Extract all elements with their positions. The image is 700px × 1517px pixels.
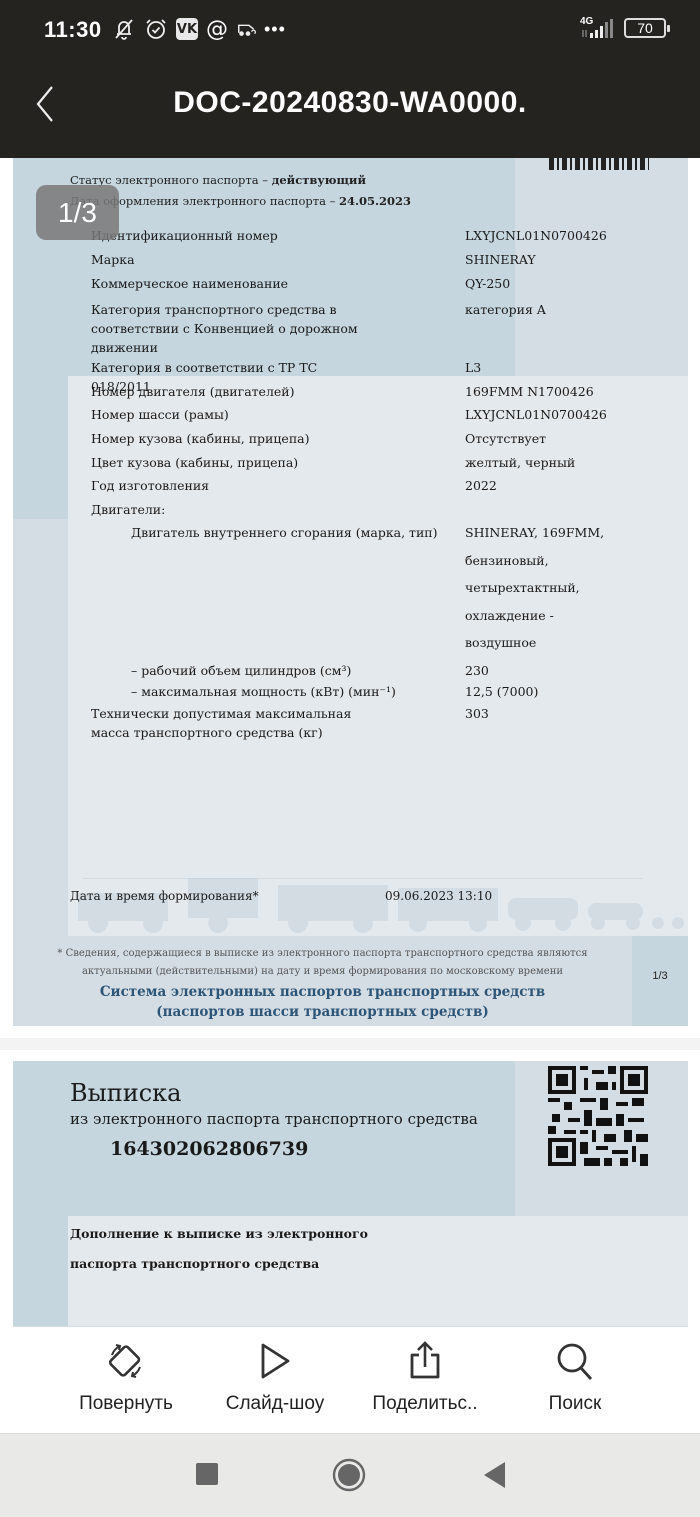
search-button[interactable]: Поиск (505, 1341, 645, 1415)
passport-issue-date-value: 24.05.2023 (339, 194, 411, 208)
notification-icons: VK @ ••• (112, 16, 286, 42)
qr-code (548, 1066, 648, 1166)
system-status: 4G 70 (580, 17, 666, 39)
share-icon (405, 1341, 445, 1381)
app-header: 11:30 VK @ ••• 4G 70 DOC-20240830-WA0000… (0, 0, 700, 158)
bell-off-icon (112, 16, 136, 42)
signal-icon: 4G (580, 17, 616, 39)
system-title-line-2: (паспортов шасси транспортных средств) (13, 1002, 632, 1022)
slideshow-label: Слайд-шоу (205, 1393, 345, 1415)
addon-line-2: паспорта транспортного средства (70, 1256, 319, 1271)
back-triangle-icon (484, 1462, 506, 1488)
play-icon (255, 1341, 295, 1381)
battery-indicator: 70 (624, 18, 666, 38)
disclaimer-line-2: актуальными (действительными) на дату и … (13, 963, 632, 981)
rotate-icon (106, 1341, 146, 1381)
engine-value: SHINERAY, 169FMM, бензиновый, четырехтак… (465, 519, 665, 657)
page-separator (0, 1038, 700, 1050)
share-button[interactable]: Поделитьс.. (355, 1341, 495, 1415)
bottom-toolbar: Повернуть Слайд-шоу Поделитьс.. Поиск (0, 1327, 700, 1434)
system-navigation-bar (0, 1434, 700, 1517)
home-circle-icon (332, 1458, 366, 1492)
alarm-icon (144, 16, 168, 42)
recents-button[interactable] (196, 1462, 218, 1491)
rotate-label: Повернуть (56, 1393, 196, 1415)
search-icon (555, 1341, 595, 1381)
slideshow-button[interactable]: Слайд-шоу (205, 1341, 345, 1415)
status-time: 11:30 (44, 17, 102, 43)
page-indicator: 1/3 (36, 185, 119, 240)
search-label: Поиск (505, 1393, 645, 1415)
vk-icon: VK (176, 18, 198, 40)
formed-date-label: Дата и время формирования* (70, 889, 259, 903)
passport-number: 164302062806739 (110, 1138, 308, 1160)
vehicles-illustration (68, 873, 688, 935)
back-nav-button[interactable] (484, 1462, 506, 1493)
passport-issue-date: Дата оформления электронного паспорта – … (70, 194, 411, 208)
more-dots-icon: ••• (264, 19, 286, 40)
rotate-button[interactable]: Повернуть (56, 1341, 196, 1415)
voicemail-icon (236, 16, 260, 42)
passport-status-value: действующий (272, 173, 366, 187)
document-page-2: Выписка из электронного паспорта транспо… (13, 1061, 688, 1327)
passport-status: Статус электронного паспорта – действующ… (70, 173, 366, 187)
document-viewer[interactable]: Статус электронного паспорта – действующ… (0, 158, 700, 1327)
extract-title: Выписка (70, 1079, 181, 1107)
document-page-1: Статус электронного паспорта – действующ… (13, 158, 688, 1026)
disclaimer-line-1: * Сведения, содержащиеся в выписке из эл… (13, 945, 632, 963)
addon-line-1: Дополнение к выписке из электронного (70, 1226, 368, 1241)
formed-date-value: 09.06.2023 13:10 (385, 889, 492, 903)
mail-at-icon: @ (206, 17, 228, 42)
page-footer: * Сведения, содержащиеся в выписке из эл… (13, 936, 688, 1026)
document-title: DOC-20240830-WA0000. (0, 86, 700, 120)
extract-subtitle: из электронного паспорта транспортного с… (70, 1110, 478, 1128)
recents-square-icon (196, 1462, 218, 1486)
home-button[interactable] (332, 1458, 366, 1497)
page-number: 1/3 (632, 970, 688, 982)
qr-code-fragment (549, 158, 649, 170)
system-title-line-1: Система электронных паспортов транспортн… (13, 982, 632, 1002)
share-label: Поделитьс.. (355, 1393, 495, 1415)
